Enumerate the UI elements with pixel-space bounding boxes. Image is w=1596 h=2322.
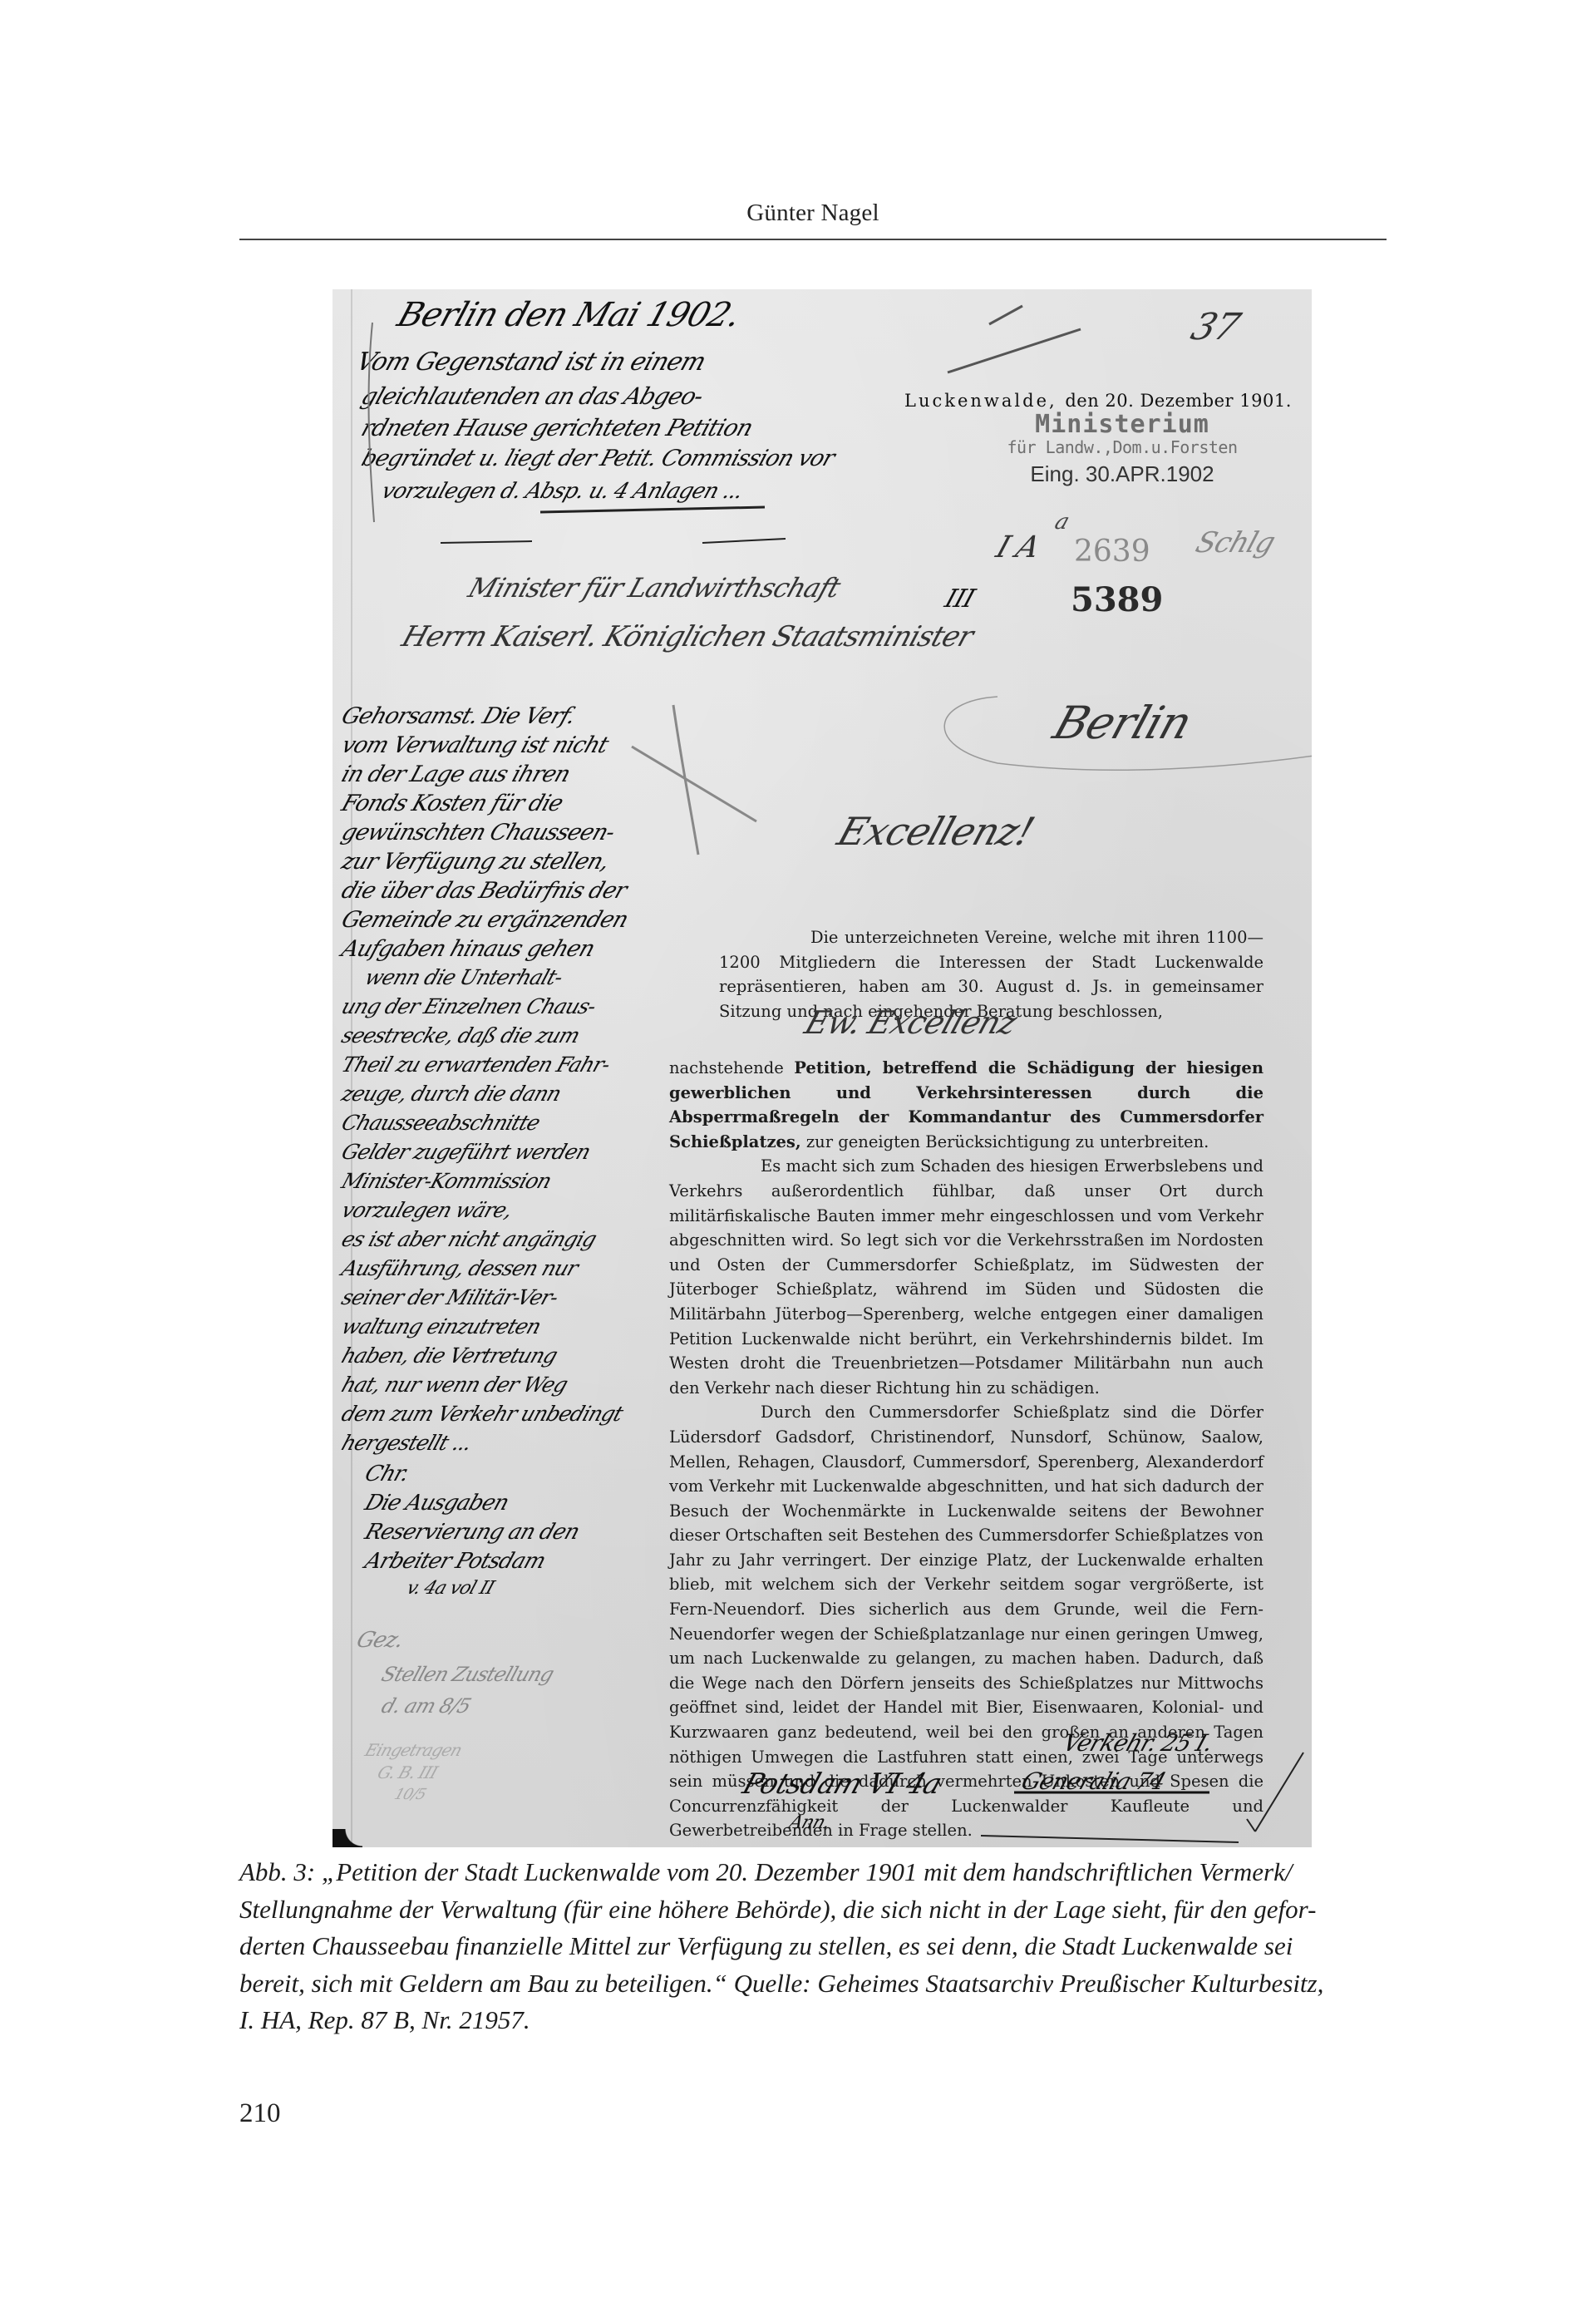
handwritten-line: seiner der Militär-Ver- <box>338 1285 561 1309</box>
handwritten-line: in der Lage aus ihren <box>338 762 574 787</box>
paragraph-2-lead: nachstehende <box>669 1058 784 1077</box>
handwritten-line: Reservierung an den <box>362 1520 582 1545</box>
handwritten-line: wenn die Unterhalt- <box>362 965 565 989</box>
handwritten-line: Theil zu erwartenden Fahr- <box>338 1053 613 1077</box>
handwritten-line: v. 4a vol II <box>404 1578 496 1599</box>
handwritten-line: die über das Bedürfnis der <box>338 878 630 904</box>
stamp-line-3: Eing. 30.APR.1902 <box>997 457 1247 491</box>
header-rule <box>239 239 1387 240</box>
pencil-cross-mark <box>615 697 781 863</box>
handwritten-line: Gehorsamst. Die Verf. <box>338 703 579 729</box>
handwritten-line: zur Verfügung zu stellen, <box>338 849 612 875</box>
running-head: Günter Nagel <box>239 200 1387 227</box>
handwritten-line: haben, die Vertretung <box>338 1343 560 1368</box>
handwritten-line: hat, nur wenn der Weg <box>338 1373 570 1397</box>
handwritten-line: Minister-Kommission <box>338 1169 554 1193</box>
archival-document-scan: Berlin den Mai 1902. Vom Gegenstand ist … <box>332 289 1312 1847</box>
caption-line: Stellungnahme der Verwaltung (für eine h… <box>239 1891 1387 1929</box>
handwritten-line: Gemeinde zu ergänzenden <box>338 907 631 933</box>
ministry-receipt-stamp: Ministerium für Landw.,Dom.u.Forsten Ein… <box>997 412 1247 491</box>
pencil-line: d. am 8/5 <box>378 1694 473 1718</box>
handwritten-line: Chr. <box>362 1462 411 1486</box>
handwritten-line: waltung einzutreten <box>338 1314 544 1338</box>
salutation-place: Berlin <box>1047 697 1198 749</box>
handwritten-line: Gelder zugeführt werden <box>338 1140 593 1164</box>
handwritten-addressee-1: Minister für Landwirthschaft <box>465 572 844 604</box>
handwritten-line: seestrecke, daß die zum <box>338 1023 583 1048</box>
caption-line: derten Chausseebau finanzielle Mittel zu… <box>239 1928 1387 1965</box>
handwritten-line: Ausführung, dessen nur <box>338 1256 580 1280</box>
letter-date: den 20. Dezember 1901. <box>1065 391 1292 411</box>
handwritten-line: vorzulegen wäre, <box>338 1198 515 1222</box>
salutation: Excellenz! <box>832 809 1039 854</box>
stamp-line-2: für Landw.,Dom.u.Forsten <box>997 437 1247 457</box>
stamp-line-1: Ministerium <box>997 412 1247 437</box>
handwritten-line: Chausseeabschnitte <box>338 1111 543 1135</box>
pencil-line: Stellen Zustellung <box>378 1663 556 1686</box>
letter-place: Luckenwalde, <box>904 391 1057 411</box>
letter-place-date: Luckenwalde, den 20. Dezember 1901. <box>904 391 1292 411</box>
caption-line: Abb. 3: „Petition der Stadt Luckenwalde … <box>239 1854 1387 1891</box>
handwritten-line: Fonds Kosten für die <box>338 791 566 816</box>
handwritten-addressee-2: Herrn Kaiserl. Königlichen Staatsministe… <box>398 620 978 653</box>
figure-caption: Abb. 3: „Petition der Stadt Luckenwalde … <box>239 1854 1387 2039</box>
handwritten-line: hergestellt ... <box>338 1431 475 1455</box>
handwritten-line: gewünschten Chausseen- <box>338 820 618 845</box>
handwritten-line: Die Ausgaben <box>362 1491 511 1516</box>
handwritten-line: Aufgaben hinaus gehen <box>338 936 598 962</box>
caption-line: I. HA, Rep. 87 B, Nr. 21957. <box>239 2002 1387 2039</box>
petition-paragraph-2: nachstehende Petition, betreffend die Sc… <box>669 1056 1263 1843</box>
scan-corner-shadow <box>332 1829 362 1847</box>
handwritten-line: ung der Einzelnen Chaus- <box>338 994 598 1018</box>
paragraph-2-tail: zur geneigten Berücksichtigung zu unterb… <box>806 1132 1209 1151</box>
handwritten-line: zeuge, durch die dann <box>338 1082 564 1106</box>
handwritten-signature-right: Schlg <box>1192 526 1279 560</box>
paragraph-3-text: Es macht sich zum Schaden des hiesigen E… <box>669 1154 1263 1400</box>
bottom-strokes <box>332 1736 1312 1847</box>
page-number: 210 <box>239 2098 281 2129</box>
registry-number-dark: 5389 <box>1071 580 1163 619</box>
address-inline: Ew. Excellenz <box>800 1004 1021 1041</box>
handwritten-line: dem zum Verkehr unbedingt <box>338 1402 625 1426</box>
pencil-line: Gez. <box>353 1628 406 1653</box>
caption-line: bereit, sich mit Geldern am Bau zu betei… <box>239 1965 1387 2003</box>
handwritten-line: Arbeiter Potsdam <box>362 1549 549 1574</box>
registry-number-gray: 2639 <box>1074 535 1150 569</box>
handwritten-line: vom Verwaltung ist nicht <box>338 732 611 758</box>
handwritten-line: es ist aber nicht angängig <box>338 1227 599 1251</box>
